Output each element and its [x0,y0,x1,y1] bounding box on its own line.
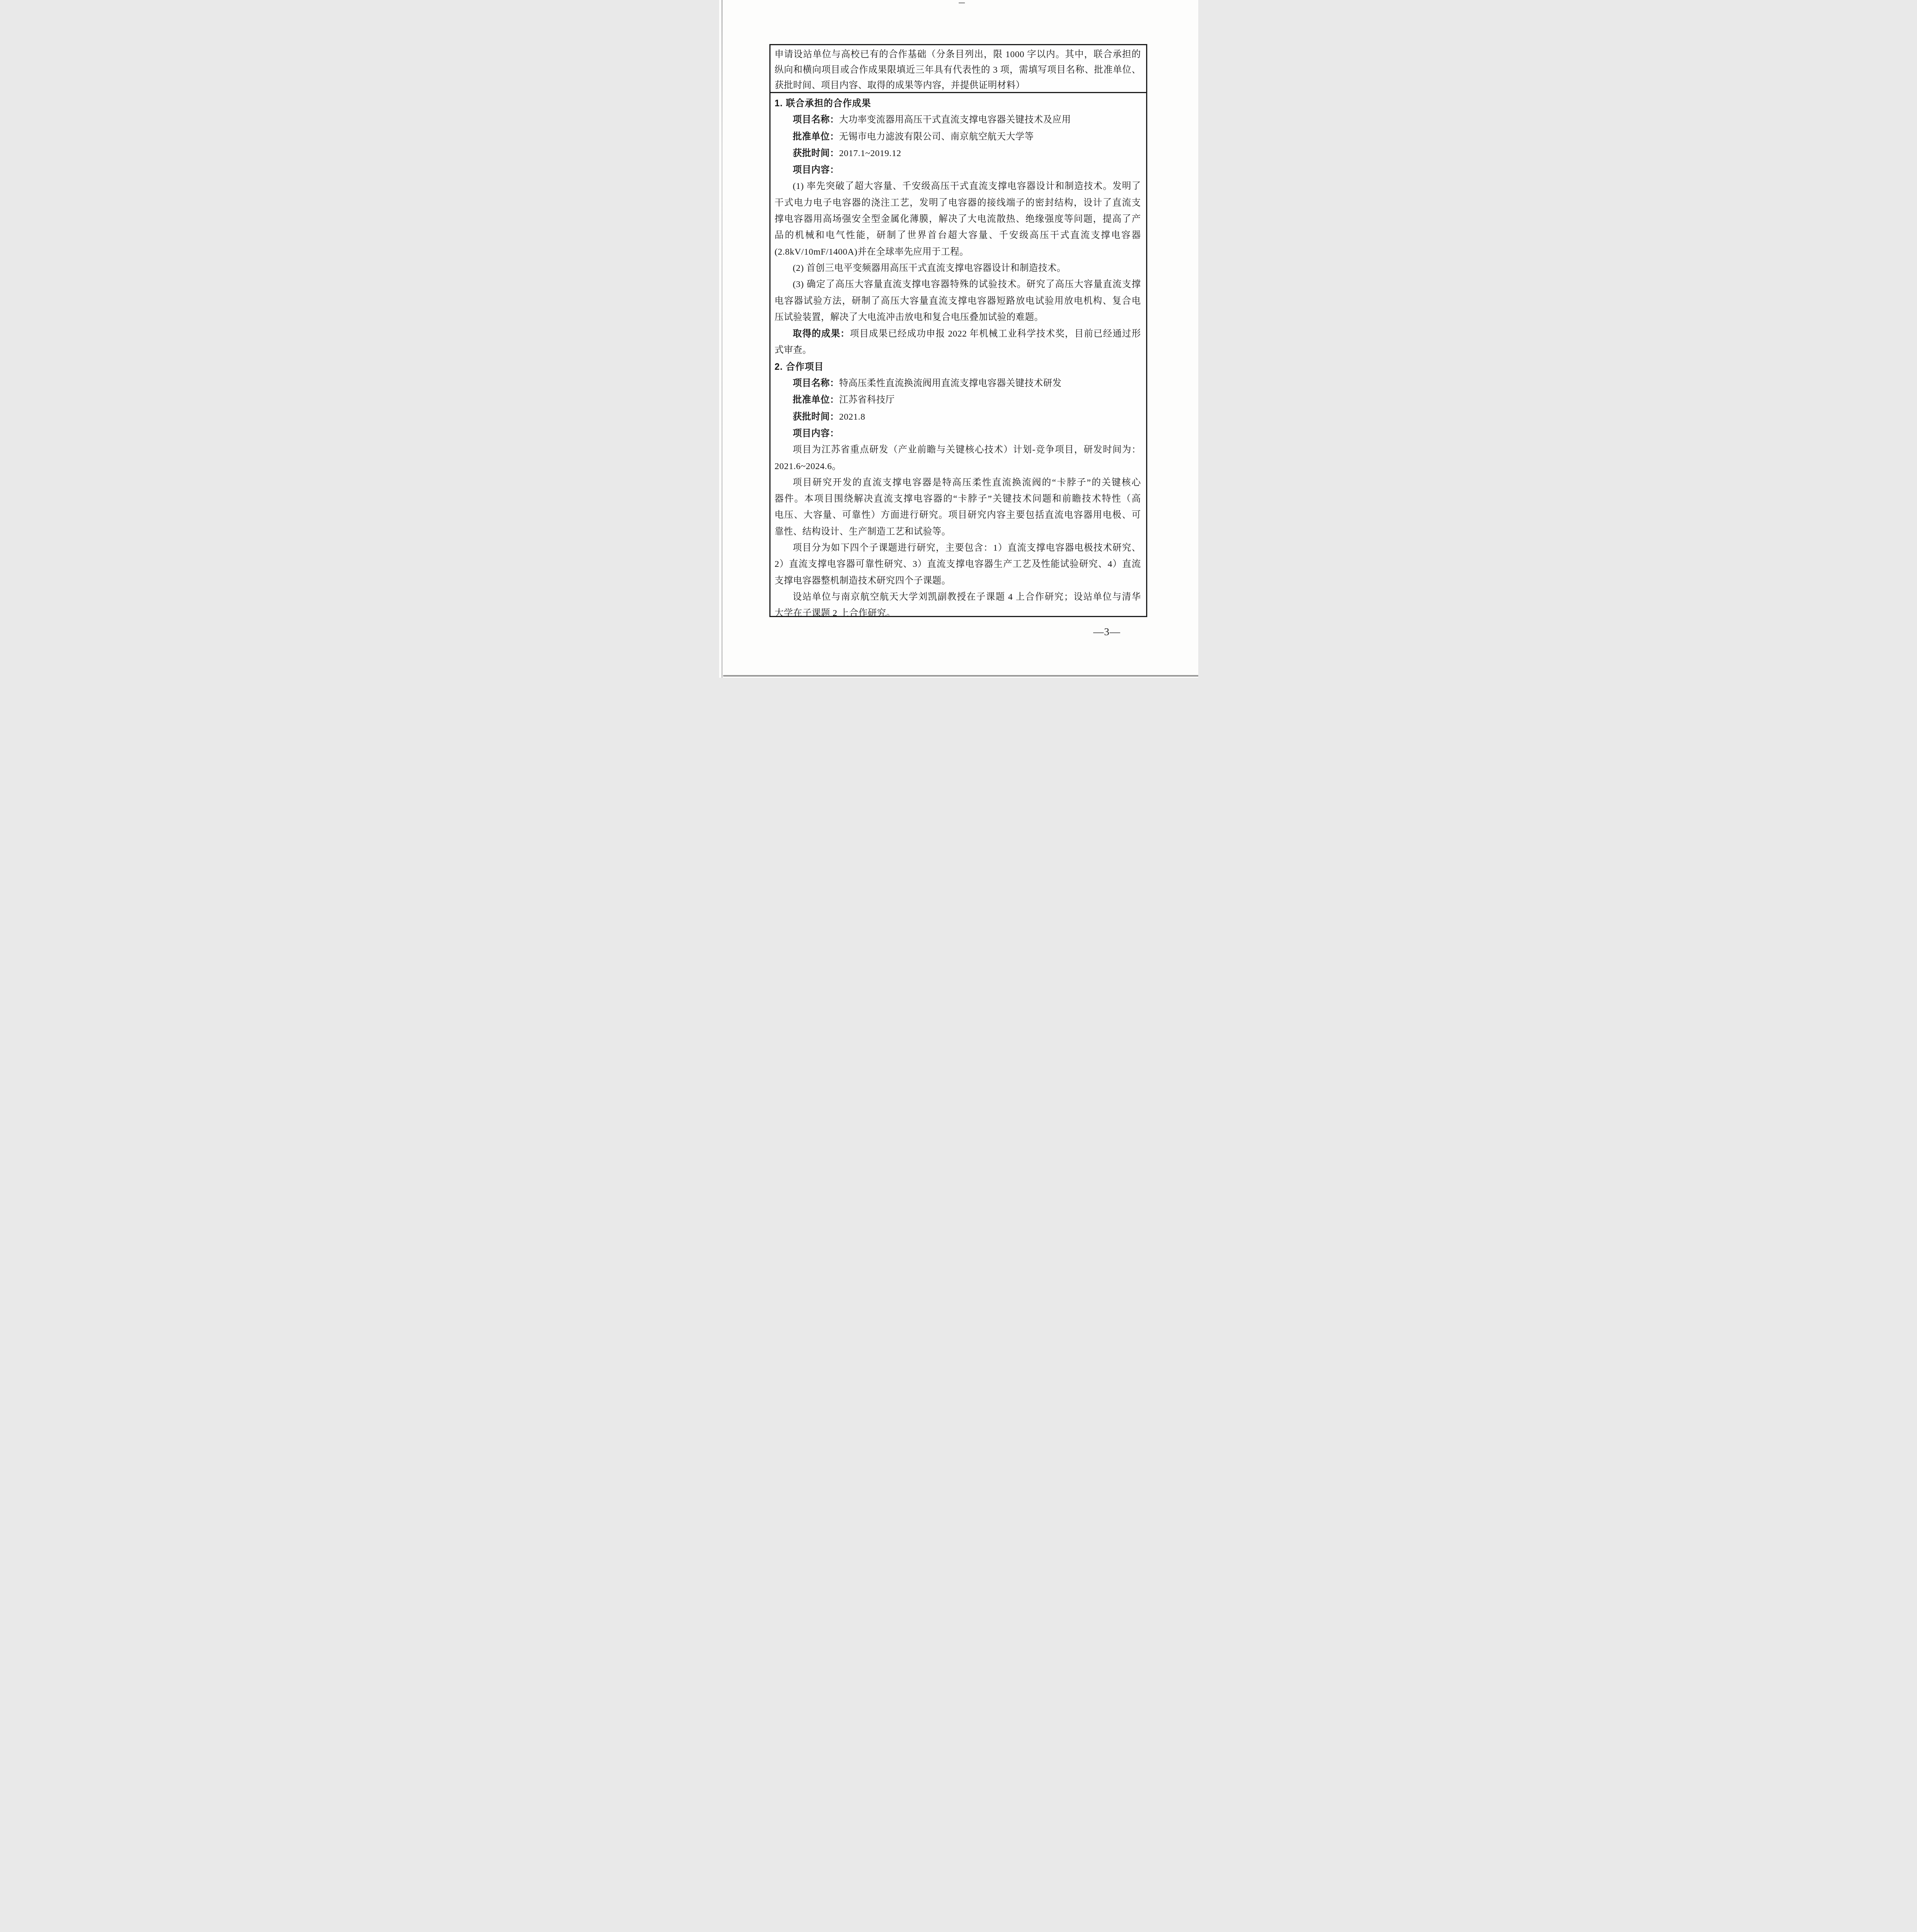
line-text: (1) 率先突破了超大容量、千安级高压干式直流支撑电容器设计和制造技术。发明了 [793,181,1141,191]
text-line: 获批时间：2021.8 [775,408,1141,425]
line-text: 1. 联合承担的合作成果 [775,98,871,108]
content-cell: 1. 联合承担的合作成果项目名称：大功率变流器用高压干式直流支撑电容器关键技术及… [771,93,1146,622]
line-text: 2）直流支撑电容器可靠性研究、3）直流支撑电容器生产工艺及性能试验研究、4）直流 [775,559,1141,569]
line-text: (2) 首创三电平变频器用高压干式直流支撑电容器设计和制造技术。 [793,263,1066,273]
field-label: 获批时间： [793,412,839,422]
line-text: 器件。本项目围绕解决直流支撑电容器的“卡脖子”关键技术问题和前瞻技术特性（高 [775,494,1141,504]
text-line: 2）直流支撑电容器可靠性研究、3）直流支撑电容器生产工艺及性能试验研究、4）直流 [775,556,1141,572]
scan-left-edge-artifact [721,0,723,678]
text-line: 干式电力电子电容器的浇注工艺，发明了电容器的接线端子的密封结构，设计了直流支 [775,195,1141,211]
instruction-line: 获批时间、项目内容、取得的成果等内容，并提供证明材料） [775,78,1141,93]
text-line: 撑电容器用高场强安全型金属化薄膜，解决了大电流散热、绝缘强度等问题，提高了产 [775,211,1141,227]
scan-top-tick-artifact [959,2,965,3]
text-line: 批准单位：江苏省科技厅 [775,391,1141,408]
line-text: 撑电容器用高场强安全型金属化薄膜，解决了大电流散热、绝缘强度等问题，提高了产 [775,214,1141,224]
field-label: 项目内容： [793,165,839,175]
text-line: (3) 确定了高压大容量直流支撑电容器特殊的试验技术。研究了高压大容量直流支撑 [775,276,1141,293]
line-text: 大功率变流器用高压干式直流支撑电容器关键技术及应用 [839,115,1071,125]
text-line: 电容器试验方法，研制了高压大容量直流支撑电容器短路放电试验用放电机构、复合电 [775,293,1141,309]
text-line: 项目名称：特高压柔性直流换流阀用直流支撑电容器关键技术研发 [775,375,1141,391]
line-text: 压试验装置，解决了大电流冲击放电和复合电压叠加试验的难题。 [775,312,1044,322]
text-line: 电压、大容量、可靠性）方面进行研究。项目研究内容主要包括直流电容器用电极、可 [775,507,1141,523]
line-text: 支撑电容器整机制造技术研究四个子课题。 [775,576,951,586]
scanned-document-page: 申请设站单位与高校已有的合作基础（分条目列出，限 1000 字以内。其中，联合承… [719,0,1198,678]
text-line: 器件。本项目围绕解决直流支撑电容器的“卡脖子”关键技术问题和前瞻技术特性（高 [775,491,1141,507]
line-text: 大学在子课题 2 上合作研究。 [775,608,896,618]
line-text: 干式电力电子电容器的浇注工艺，发明了电容器的接线端子的密封结构，设计了直流支 [775,198,1141,208]
line-text: 项目为江苏省重点研发（产业前瞻与关键核心技术）计划-竞争项目，研发时间为： [793,445,1141,455]
text-line: 获批时间：2017.1~2019.12 [775,145,1141,162]
field-label: 项目名称： [793,114,839,124]
field-label: 项目名称： [793,378,839,388]
field-label: 取得的成果： [793,328,850,338]
text-line: (1) 率先突破了超大容量、千安级高压干式直流支撑电容器设计和制造技术。发明了 [775,178,1141,194]
text-line: 项目研究开发的直流支撑电容器是特高压柔性直流换流阀的“卡脖子”的关键核心 [775,474,1141,491]
instruction-line: 申请设站单位与高校已有的合作基础（分条目列出，限 1000 字以内。其中，联合承… [775,47,1141,62]
field-label: 批准单位： [793,131,839,141]
line-text: 式审查。 [775,345,812,355]
text-line: 2. 合作项目 [775,359,1141,375]
line-text: 特高压柔性直流换流阀用直流支撑电容器关键技术研发 [839,378,1062,388]
text-line: 取得的成果：项目成果已经成功申报 2022 年机械工业科学技术奖，目前已经通过形 [775,325,1141,342]
line-text: 纵向和横向项目或合作成果限填近三年具有代表性的 3 项，需填写项目名称、批准单位… [775,65,1141,75]
field-label: 批准单位： [793,395,839,405]
line-text: (2.8kV/10mF/1400A)并在全球率先应用于工程。 [775,247,969,257]
line-text: 2017.1~2019.12 [839,148,902,158]
text-line: 靠性、结构设计、生产制造工艺和试验等。 [775,524,1141,540]
line-text: 2021.6~2024.6。 [775,461,841,471]
line-text: 电压、大容量、可靠性）方面进行研究。项目研究内容主要包括直流电容器用电极、可 [775,510,1141,520]
field-label: 项目内容： [793,428,839,438]
line-text: 设站单位与南京航空航天大学刘凯副教授在子课题 4 上合作研究；设站单位与清华 [793,592,1141,602]
text-line: 1. 联合承担的合作成果 [775,95,1141,111]
text-line: 支撑电容器整机制造技术研究四个子课题。 [775,573,1141,589]
text-line: 批准单位：无锡市电力滤波有限公司、南京航空航天大学等 [775,128,1141,145]
page-number: —3— [1082,626,1133,638]
line-text: 江苏省科技厅 [839,395,895,405]
text-line: 2021.6~2024.6。 [775,458,1141,474]
text-line: 设站单位与南京航空航天大学刘凯副教授在子课题 4 上合作研究；设站单位与清华 [775,589,1141,605]
text-line: 项目分为如下四个子课题进行研究，主要包含：1）直流支撑电容器电极技术研究、 [775,540,1141,556]
instruction-line: 纵向和横向项目或合作成果限填近三年具有代表性的 3 项，需填写项目名称、批准单位… [775,62,1141,78]
line-text: 项目研究开发的直流支撑电容器是特高压柔性直流换流阀的“卡脖子”的关键核心 [793,478,1141,488]
text-line: 项目内容： [775,162,1141,178]
text-line: 项目名称：大功率变流器用高压干式直流支撑电容器关键技术及应用 [775,111,1141,128]
line-text: 电容器试验方法，研制了高压大容量直流支撑电容器短路放电试验用放电机构、复合电 [775,296,1141,306]
text-line: (2.8kV/10mF/1400A)并在全球率先应用于工程。 [775,244,1141,260]
line-text: 项目成果已经成功申报 2022 年机械工业科学技术奖，目前已经通过形 [850,329,1141,339]
field-label: 获批时间： [793,148,839,158]
line-text: 项目分为如下四个子课题进行研究，主要包含：1）直流支撑电容器电极技术研究、 [793,543,1141,553]
line-text: 品的机械和电气性能，研制了世界首台超大容量、千安级高压干式直流支撑电容器 [775,230,1141,240]
text-line: 项目为江苏省重点研发（产业前瞻与关键核心技术）计划-竞争项目，研发时间为： [775,442,1141,458]
line-text: 2021.8 [839,412,866,422]
text-line: (2) 首创三电平变频器用高压干式直流支撑电容器设计和制造技术。 [775,260,1141,276]
cooperation-basis-table: 申请设站单位与高校已有的合作基础（分条目列出，限 1000 字以内。其中，联合承… [769,44,1147,617]
text-line: 压试验装置，解决了大电流冲击放电和复合电压叠加试验的难题。 [775,309,1141,325]
line-text: 获批时间、项目内容、取得的成果等内容，并提供证明材料） [775,80,1025,90]
line-text: 无锡市电力滤波有限公司、南京航空航天大学等 [839,132,1034,142]
text-line: 品的机械和电气性能，研制了世界首台超大容量、千安级高压干式直流支撑电容器 [775,227,1141,243]
line-text: 2. 合作项目 [775,362,824,372]
line-text: 申请设站单位与高校已有的合作基础（分条目列出，限 1000 字以内。其中，联合承… [775,49,1141,60]
scan-bottom-edge-artifact [723,675,1198,677]
text-line: 大学在子课题 2 上合作研究。 [775,605,1141,621]
text-line: 式审查。 [775,342,1141,358]
line-text: (3) 确定了高压大容量直流支撑电容器特殊的试验技术。研究了高压大容量直流支撑 [793,279,1141,289]
instruction-cell: 申请设站单位与高校已有的合作基础（分条目列出，限 1000 字以内。其中，联合承… [771,45,1146,93]
text-line: 项目内容： [775,425,1141,442]
line-text: 靠性、结构设计、生产制造工艺和试验等。 [775,527,951,537]
